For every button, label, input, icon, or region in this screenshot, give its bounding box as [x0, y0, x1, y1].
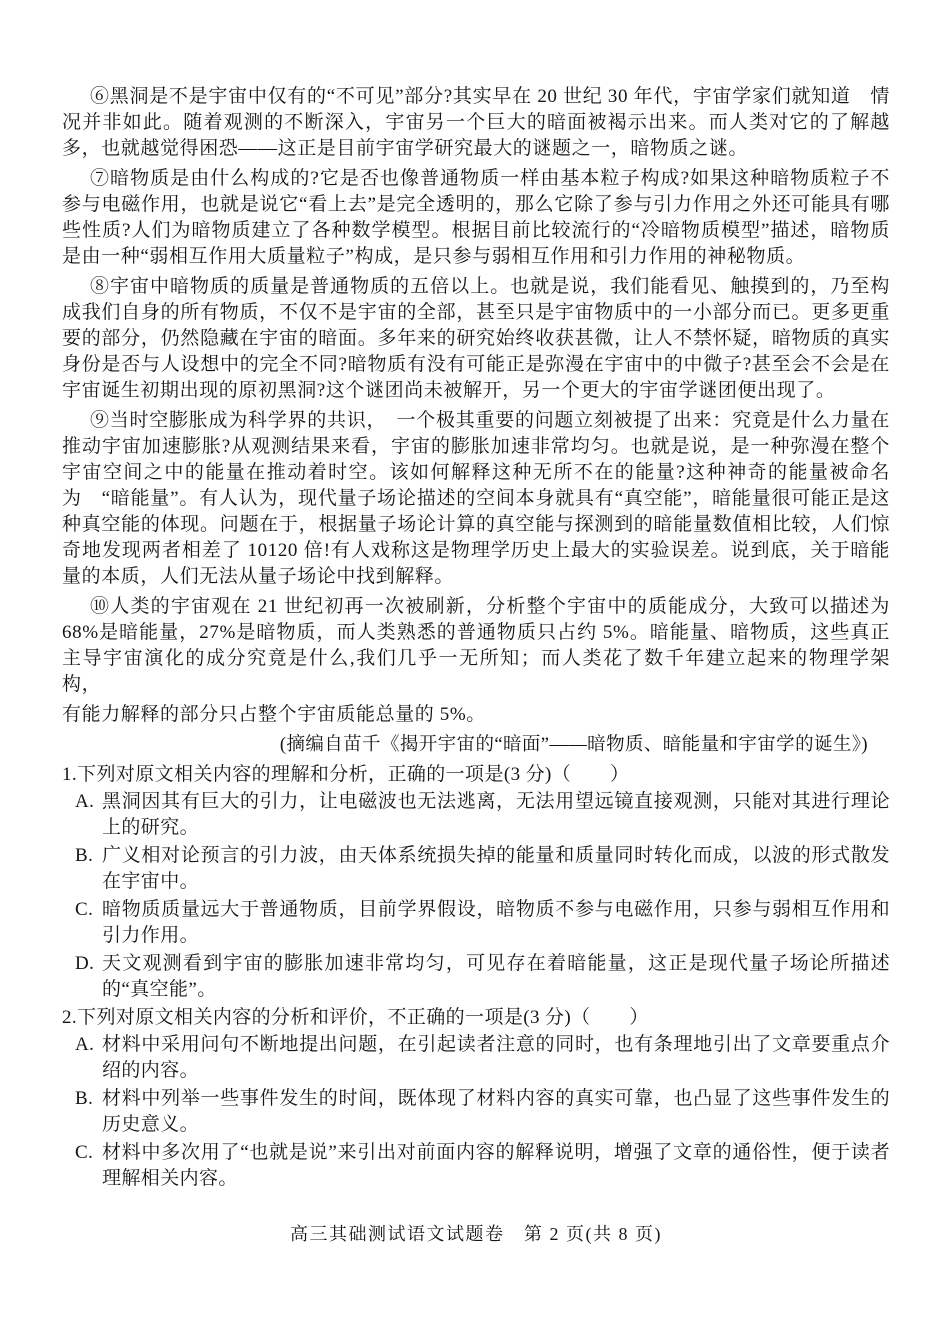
question-1-stem: 1.下列对原文相关内容的理解和分析，正确的一项是(3 分)（ ）	[62, 762, 890, 788]
option-label: C.	[75, 897, 102, 949]
option-label: C.	[75, 1140, 102, 1192]
passage-paragraph-6: ⑥黑洞是不是宇宙中仅有的“不可见”部分?其实早在 20 世纪 30 年代，宇宙学…	[62, 84, 890, 162]
option-label: B.	[75, 1086, 102, 1138]
question-1-option-b: B. 广义相对论预言的引力波，由天体系统损失掉的能量和质量同时转化而成，以波的形…	[62, 843, 890, 895]
passage-paragraph-9: ⑨当时空膨胀成为科学界的共识， 一个极其重要的问题立刻被提了出来：究竟是什么力量…	[62, 408, 890, 590]
question-1-option-a: A. 黑洞因其有巨大的引力，让电磁波也无法逃离，无法用望远镜直接观测，只能对其进…	[62, 789, 890, 841]
question-2-option-b: B. 材料中列举一些事件发生的时间，既体现了材料内容的真实可靠，也凸显了这些事件…	[62, 1086, 890, 1138]
question-2-option-a: A. 材料中采用问句不断地提出问题，在引起读者注意的同时，也有条理地引出了文章要…	[62, 1032, 890, 1084]
page-footer-text: 高三其础测试语文试题卷 第 2 页(共 8 页)	[290, 1224, 662, 1244]
passage-paragraph-10: ⑩人类的宇宙观在 21 世纪初再一次被刷新，分析整个宇宙中的质能成分，大致可以描…	[62, 594, 890, 698]
option-text: 广义相对论预言的引力波，由天体系统损失掉的能量和质量同时转化而成，以波的形式散发…	[102, 843, 890, 895]
question-2-stem: 2.下列对原文相关内容的分析和评价，不正确的一项是(3 分)（ ）	[62, 1005, 890, 1031]
question-2: 2.下列对原文相关内容的分析和评价，不正确的一项是(3 分)（ ） A. 材料中…	[62, 1005, 890, 1192]
option-text: 材料中列举一些事件发生的时间，既体现了材料内容的真实可靠，也凸显了这些事件发生的…	[102, 1086, 890, 1138]
option-text: 暗物质质量远大于普通物质，目前学界假设，暗物质不参与电磁作用，只参与弱相互作用和…	[102, 897, 890, 949]
option-text: 材料中采用问句不断地提出问题，在引起读者注意的同时，也有条理地引出了文章要重点介…	[102, 1032, 890, 1084]
option-label: A.	[75, 789, 102, 841]
question-1-option-c: C. 暗物质质量远大于普通物质，目前学界假设，暗物质不参与电磁作用，只参与弱相互…	[62, 897, 890, 949]
passage-citation: (摘编自苗千《揭开宇宙的“暗面”——暗物质、暗能量和宇宙学的诞生》)	[62, 732, 890, 758]
option-text: 黑洞因其有巨大的引力，让电磁波也无法逃离，无法用望远镜直接观测，只能对其进行理论…	[102, 789, 890, 841]
reading-passage: ⑥黑洞是不是宇宙中仅有的“不可见”部分?其实早在 20 世纪 30 年代，宇宙学…	[62, 84, 890, 758]
exam-page: ⑥黑洞是不是宇宙中仅有的“不可见”部分?其实早在 20 世纪 30 年代，宇宙学…	[0, 0, 950, 1344]
option-text: 天文观测看到宇宙的膨胀加速非常均匀，可见存在着暗能量，这正是现代量子场论所描述的…	[102, 951, 890, 1003]
passage-paragraph-7: ⑦暗物质是由什么构成的?它是否也像普通物质一样由基本粒子构成?如果这种暗物质粒子…	[62, 166, 890, 270]
passage-paragraph-10-continuation: 有能力解释的部分只占整个宇宙质能总量的 5%。	[62, 702, 890, 728]
page-footer: 高三其础测试语文试题卷 第 2 页(共 8 页)	[62, 1220, 890, 1246]
option-label: D.	[75, 951, 102, 1003]
passage-paragraph-8: ⑧宇宙中暗物质的质量是普通物质的五倍以上。也就是说，我们能看见、触摸到的，乃至构…	[62, 274, 890, 404]
question-2-option-c: C. 材料中多次用了“也就是说”来引出对前面内容的解释说明，增强了文章的通俗性，…	[62, 1140, 890, 1192]
option-label: A.	[75, 1032, 102, 1084]
question-1-option-d: D. 天文观测看到宇宙的膨胀加速非常均匀，可见存在着暗能量，这正是现代量子场论所…	[62, 951, 890, 1003]
option-label: B.	[75, 843, 102, 895]
question-1: 1.下列对原文相关内容的理解和分析，正确的一项是(3 分)（ ） A. 黑洞因其…	[62, 762, 890, 1003]
option-text: 材料中多次用了“也就是说”来引出对前面内容的解释说明，增强了文章的通俗性，便于读…	[102, 1140, 890, 1192]
